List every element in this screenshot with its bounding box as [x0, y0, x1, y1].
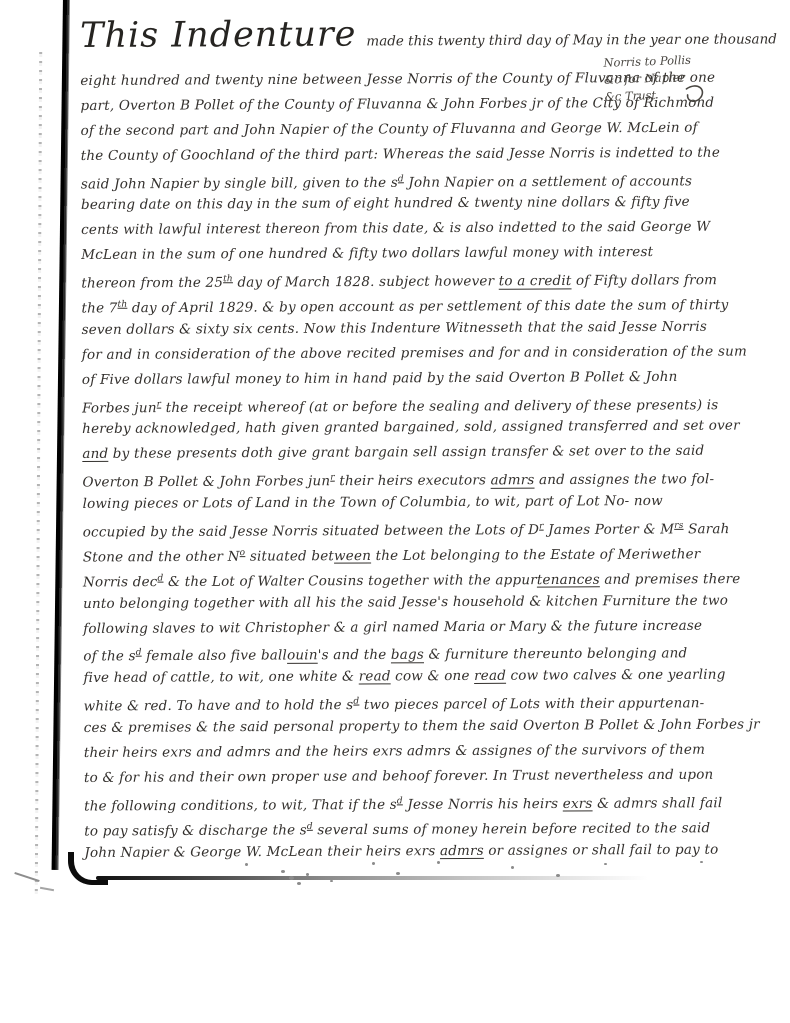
- scan-speckle: [289, 876, 294, 880]
- document-line: their heirs exrs and admrs and the heirs…: [84, 737, 784, 766]
- scan-speckle: [511, 866, 514, 869]
- document-line: ces & premises & the said personal prope…: [84, 712, 784, 741]
- document-line: Forbes junr the receipt whereof (at or b…: [82, 389, 782, 418]
- document-line: hereby acknowledged, hath given granted …: [82, 414, 782, 443]
- document-line: Overton B Pollet & John Forbes junr thei…: [82, 464, 782, 493]
- document-line: to pay satisfy & discharge the sd severa…: [84, 812, 784, 841]
- scan-speckle: [556, 874, 560, 877]
- flourish-mark: [682, 83, 709, 106]
- document-line: white & red. To have and to hold the sd …: [84, 688, 784, 717]
- document-line: occupied by the said Jesse Norris situat…: [83, 513, 783, 542]
- scanned-document-page: This Indenturemade this twenty third day…: [0, 0, 790, 1023]
- document-line: the following conditions, to wit, That i…: [84, 787, 784, 816]
- document-text-block: This Indenturemade this twenty third day…: [80, 12, 784, 865]
- document-line: and by these presents doth give grant ba…: [82, 439, 782, 468]
- document-line: following slaves to wit Christopher & a …: [83, 613, 783, 642]
- document-line: seven dollars & sixty six cents. Now thi…: [82, 314, 782, 343]
- document-lines: eight hundred and twenty nine between Je…: [80, 65, 784, 865]
- document-line: of Five dollars lawful money to him in h…: [82, 364, 782, 393]
- document-line: thereon from the 25th day of March 1828.…: [81, 264, 781, 293]
- scan-speckle: [281, 870, 285, 873]
- document-line: unto belonging together with all his the…: [83, 588, 783, 617]
- document-line: bearing date on this day in the sum of e…: [81, 190, 781, 219]
- document-line: of the sd female also five ballouin's an…: [83, 638, 783, 667]
- scan-artifact-tick: [40, 887, 54, 891]
- heading-continuation: made this twenty third day of May in the…: [366, 31, 777, 49]
- clerk-margin-note: Norris to Pollis&c for Napier&c Trust: [603, 49, 765, 106]
- document-line: lowing pieces or Lots of Land in the Tow…: [82, 488, 782, 517]
- document-line: the 7th day of April 1829. & by open acc…: [81, 289, 781, 318]
- document-line: Norris decd & the Lot of Walter Cousins …: [83, 563, 783, 592]
- scan-speckle: [297, 882, 301, 885]
- document-line: John Napier & George W. McLean their hei…: [84, 837, 784, 866]
- document-line: for and in consideration of the above re…: [82, 339, 782, 368]
- scan-speckle: [604, 863, 607, 865]
- opening-words: This Indenture: [80, 15, 356, 56]
- document-line: the County of Goochland of the third par…: [81, 140, 781, 169]
- document-line: said John Napier by single bill, given t…: [81, 165, 781, 194]
- document-line: to & for his and their own proper use an…: [84, 762, 784, 791]
- page-edge-strip: [35, 52, 42, 894]
- scan-bottom-edge: [96, 876, 696, 880]
- document-line: Stone and the other No situated between …: [83, 538, 783, 567]
- scan-speckle: [396, 872, 400, 875]
- scan-gutter-border: [52, 0, 70, 870]
- document-line: cents with lawful interest thereon from …: [81, 215, 781, 244]
- scan-speckle: [330, 880, 333, 882]
- scan-speckle: [306, 873, 309, 876]
- document-line: McLean in the sum of one hundred & fifty…: [81, 240, 781, 269]
- document-line: five head of cattle, to wit, one white &…: [83, 663, 783, 692]
- document-line: of the second part and John Napier of th…: [81, 115, 781, 144]
